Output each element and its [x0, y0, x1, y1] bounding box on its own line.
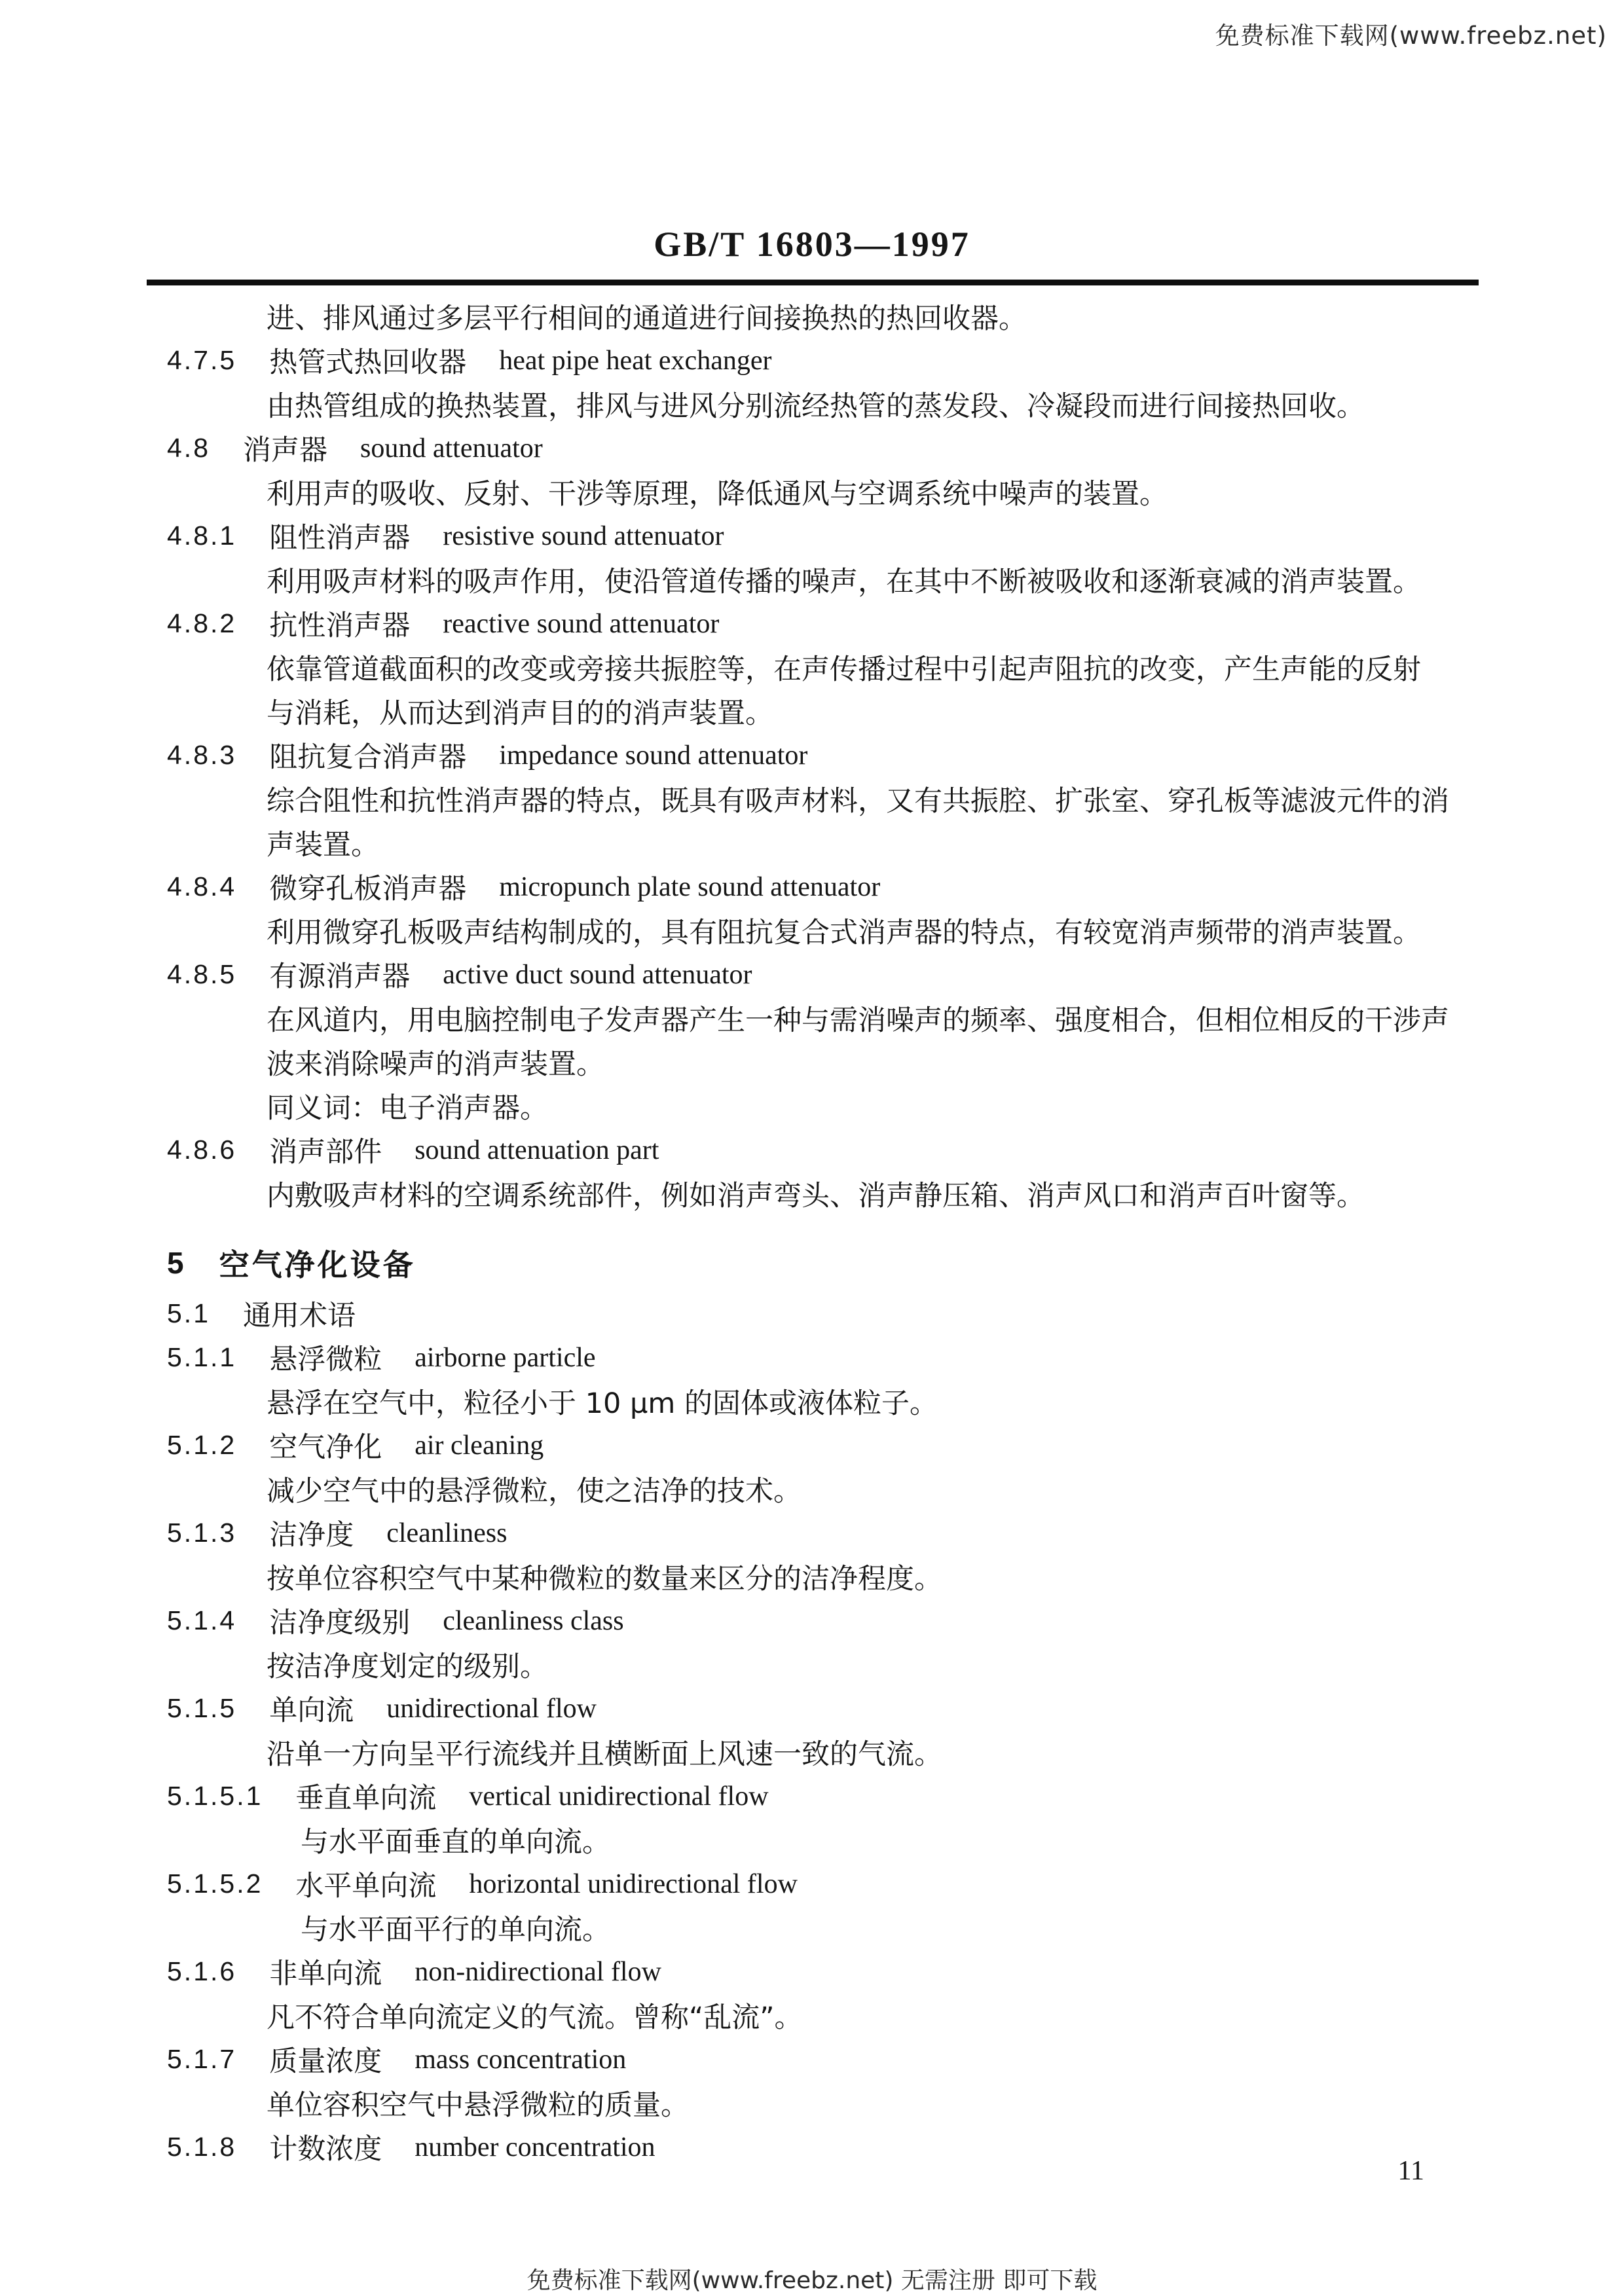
definition-line: 减少空气中的悬浮微粒，使之洁净的技术。 [167, 1467, 1480, 1511]
definition-line: 依靠管道截面积的改变或旁接共振腔等，在声传播过程中引起声阻抗的改变，产生声能的反… [167, 646, 1480, 689]
clause-number: 5 [167, 1245, 185, 1281]
definition-line: 凡不符合单向流定义的气流。曾称“乱流”。 [167, 1994, 1480, 2037]
term-en: sound attenuator [360, 433, 543, 464]
term-en: sound attenuation part [415, 1135, 659, 1166]
definition-text: 综合阻性和抗性消声器的特点，既具有吸声材料，又有共振腔、扩张室、穿孔板等滤波元件… [267, 779, 1449, 819]
clause-line: 5.1.4洁净度级别cleanliness class [167, 1599, 1480, 1643]
clause-line: 5.1.8计数浓度number concentration [167, 2125, 1480, 2169]
definition-line: 在风道内，用电脑控制电子发声器产生一种与需消噪声的频率、强度相合，但相位相反的干… [167, 996, 1480, 1040]
term-en: mass concentration [415, 2044, 626, 2075]
term-en: vertical unidirectional flow [469, 1781, 768, 1812]
term-en: cleanliness class [443, 1605, 623, 1637]
clause-number: 5.1 [167, 1298, 210, 1329]
term-zh: 计数浓度 [269, 2127, 382, 2167]
clause-number: 4.8 [167, 433, 210, 464]
clause-number: 4.7.5 [167, 345, 236, 376]
definition-text: 单位容积空气中悬浮微粒的质量。 [267, 2083, 689, 2123]
definition-text: 悬浮在空气中，粒径小于 10 μm 的固体或液体粒子。 [267, 1381, 938, 1421]
definition-line: 与水平面平行的单向流。 [167, 1906, 1480, 1950]
clause-line: 5.1.7质量浓度mass concentration [167, 2037, 1480, 2081]
definition-line: 按洁净度划定的级别。 [167, 1643, 1480, 1686]
clause-line: 4.8.3阻抗复合消声器impedance sound attenuator [167, 733, 1480, 777]
definition-text: 按洁净度划定的级别。 [267, 1645, 548, 1685]
clause-line: 5.1.6非单向流non-nidirectional flow [167, 1950, 1480, 1994]
clause-number: 4.8.5 [167, 959, 236, 990]
definition-text: 内敷吸声材料的空调系统部件，例如消声弯头、消声静压箱、消声风口和消声百叶窗等。 [267, 1174, 1365, 1214]
term-zh: 有源消声器 [269, 955, 410, 994]
term-zh: 单向流 [269, 1688, 354, 1728]
clause-line: 5.1.1悬浮微粒airborne particle [167, 1336, 1480, 1379]
term-zh: 热管式热回收器 [269, 340, 466, 380]
clause-number: 4.8.4 [167, 871, 236, 902]
clause-number: 4.8.1 [167, 520, 236, 551]
clause-line: 4.8消声器sound attenuator [167, 426, 1480, 470]
term-zh: 水平单向流 [295, 1864, 436, 1904]
clause-line: 4.7.5热管式热回收器heat pipe heat exchanger [167, 338, 1480, 382]
definition-text: 沿单一方向呈平行流线并且横断面上风速一致的气流。 [267, 1732, 942, 1772]
definition-line: 按单位容积空气中某种微粒的数量来区分的洁净程度。 [167, 1555, 1480, 1599]
clause-number: 4.8.2 [167, 608, 236, 639]
clause-line: 5.1.2空气净化air cleaning [167, 1423, 1480, 1467]
term-zh: 阻抗复合消声器 [269, 735, 466, 775]
term-en: active duct sound attenuator [443, 959, 752, 991]
term-zh: 微穿孔板消声器 [269, 867, 466, 907]
definition-text: 与水平面垂直的单向流。 [301, 1820, 610, 1860]
header-rule [147, 280, 1479, 285]
chapter-title-zh: 空气净化设备 [219, 1241, 416, 1285]
term-en: air cleaning [415, 1430, 544, 1461]
clause-line: 4.8.4微穿孔板消声器micropunch plate sound atten… [167, 865, 1480, 909]
definition-line: 与消耗，从而达到消声目的的消声装置。 [167, 689, 1480, 733]
term-en: heat pipe heat exchanger [499, 345, 771, 376]
definition-line: 利用吸声材料的吸声作用，使沿管道传播的噪声，在其中不断被吸收和逐渐衰减的消声装置… [167, 558, 1480, 602]
clause-line: 4.8.1阻性消声器resistive sound attenuator [167, 514, 1480, 558]
doc-number: GB/T 16803—1997 [0, 224, 1624, 264]
clause-number: 5.1.2 [167, 1430, 236, 1461]
term-en: impedance sound attenuator [499, 740, 807, 771]
definition-line: 综合阻性和抗性消声器的特点，既具有吸声材料，又有共振腔、扩张室、穿孔板等滤波元件… [167, 777, 1480, 821]
term-en: non-nidirectional flow [415, 1956, 661, 1988]
definition-line: 声装置。 [167, 821, 1480, 865]
document-page: 免费标准下载网(www.freebz.net) GB/T 16803—1997 … [0, 0, 1624, 2296]
definition-text: 由热管组成的换热装置，排风与进风分别流经热管的蒸发段、冷凝段而进行间接热回收。 [267, 384, 1365, 424]
definition-text: 在风道内，用电脑控制电子发声器产生一种与需消噪声的频率、强度相合，但相位相反的干… [267, 998, 1449, 1038]
clause-number: 5.1.5 [167, 1693, 236, 1724]
clause-number: 5.1.6 [167, 1956, 236, 1987]
definition-text: 同义词：电子消声器。 [267, 1086, 548, 1126]
clause-number: 4.8.6 [167, 1135, 236, 1165]
clause-number: 5.1.8 [167, 2132, 236, 2162]
definition-line: 波来消除噪声的消声装置。 [167, 1040, 1480, 1084]
terminology-content: 进、排风通过多层平行相间的通道进行间接换热的热回收器。4.7.5热管式热回收器h… [167, 295, 1480, 2169]
definition-text: 按单位容积空气中某种微粒的数量来区分的洁净程度。 [267, 1557, 942, 1597]
term-en: airborne particle [415, 1342, 595, 1374]
definition-line: 与水平面垂直的单向流。 [167, 1818, 1480, 1862]
clause-line: 5.1通用术语 [167, 1292, 1480, 1336]
term-en: micropunch plate sound attenuator [499, 871, 880, 903]
term-en: horizontal unidirectional flow [469, 1868, 798, 1900]
definition-text: 利用微穿孔板吸声结构制成的，具有阻抗复合式消声器的特点，有较宽消声频带的消声装置… [267, 911, 1421, 951]
clause-number: 4.8.3 [167, 740, 236, 771]
term-en: resistive sound attenuator [443, 520, 724, 552]
term-zh: 质量浓度 [269, 2039, 382, 2079]
clause-line: 5.1.5.2水平单向流horizontal unidirectional fl… [167, 1862, 1480, 1906]
chapter-heading: 5空气净化设备 [167, 1239, 1480, 1286]
definition-text: 减少空气中的悬浮微粒，使之洁净的技术。 [267, 1469, 802, 1509]
term-zh: 阻性消声器 [269, 516, 410, 556]
definition-text: 与水平面平行的单向流。 [301, 1908, 610, 1948]
page-number: 11 [1398, 2155, 1424, 2187]
definition-text: 波来消除噪声的消声装置。 [267, 1042, 604, 1082]
definition-text: 利用吸声材料的吸声作用，使沿管道传播的噪声，在其中不断被吸收和逐渐衰减的消声装置… [267, 560, 1421, 600]
term-en: unidirectional flow [386, 1693, 597, 1724]
definition-text: 声装置。 [267, 823, 379, 863]
definition-text: 进、排风通过多层平行相间的通道进行间接换热的热回收器。 [267, 297, 1027, 337]
clause-line: 5.1.5.1垂直单向流vertical unidirectional flow [167, 1774, 1480, 1818]
definition-line: 利用微穿孔板吸声结构制成的，具有阻抗复合式消声器的特点，有较宽消声频带的消声装置… [167, 909, 1480, 953]
definition-line: 单位容积空气中悬浮微粒的质量。 [167, 2081, 1480, 2125]
term-zh: 垂直单向流 [295, 1776, 436, 1816]
term-en: cleanliness [386, 1518, 507, 1549]
clause-number: 5.1.7 [167, 2044, 236, 2075]
term-en: number concentration [415, 2132, 655, 2163]
definition-line: 内敷吸声材料的空调系统部件，例如消声弯头、消声静压箱、消声风口和消声百叶窗等。 [167, 1172, 1480, 1216]
definition-text: 凡不符合单向流定义的气流。曾称“乱流”。 [267, 1995, 803, 2035]
clause-line: 4.8.2抗性消声器reactive sound attenuator [167, 602, 1480, 646]
term-zh: 抗性消声器 [269, 604, 410, 644]
term-zh: 通用术语 [243, 1294, 356, 1334]
clause-number: 5.1.1 [167, 1342, 236, 1373]
term-zh: 消声器 [243, 428, 327, 468]
definition-line: 同义词：电子消声器。 [167, 1084, 1480, 1128]
term-zh: 消声部件 [269, 1130, 382, 1170]
clause-line: 4.8.5有源消声器active duct sound attenuator [167, 953, 1480, 996]
term-en: reactive sound attenuator [443, 608, 719, 640]
clause-number: 5.1.3 [167, 1518, 236, 1548]
clause-number: 5.1.5.1 [167, 1781, 263, 1812]
clause-number: 5.1.5.2 [167, 1868, 263, 1899]
definition-line: 利用声的吸收、反射、干涉等原理，降低通风与空调系统中噪声的装置。 [167, 470, 1480, 514]
term-zh: 洁净度级别 [269, 1601, 410, 1641]
watermark-footer: 免费标准下载网(www.freebz.net) 无需注册 即可下载 [0, 2262, 1624, 2295]
clause-line: 5.1.5单向流unidirectional flow [167, 1686, 1480, 1730]
term-zh: 空气净化 [269, 1425, 382, 1465]
watermark-top: 免费标准下载网(www.freebz.net) [1215, 16, 1607, 51]
definition-text: 与消耗，从而达到消声目的的消声装置。 [267, 691, 773, 731]
term-zh: 悬浮微粒 [269, 1338, 382, 1377]
clause-line: 5.1.3洁净度cleanliness [167, 1511, 1480, 1555]
term-zh: 非单向流 [269, 1952, 382, 1992]
definition-line: 沿单一方向呈平行流线并且横断面上风速一致的气流。 [167, 1730, 1480, 1774]
definition-line: 悬浮在空气中，粒径小于 10 μm 的固体或液体粒子。 [167, 1379, 1480, 1423]
clause-line: 4.8.6消声部件sound attenuation part [167, 1128, 1480, 1172]
definition-text: 利用声的吸收、反射、干涉等原理，降低通风与空调系统中噪声的装置。 [267, 472, 1168, 512]
definition-text: 依靠管道截面积的改变或旁接共振腔等，在声传播过程中引起声阻抗的改变，产生声能的反… [267, 647, 1421, 687]
definition-line: 由热管组成的换热装置，排风与进风分别流经热管的蒸发段、冷凝段而进行间接热回收。 [167, 382, 1480, 426]
term-zh: 洁净度 [269, 1513, 354, 1553]
definition-line: 进、排风通过多层平行相间的通道进行间接换热的热回收器。 [167, 295, 1480, 338]
clause-number: 5.1.4 [167, 1605, 236, 1636]
